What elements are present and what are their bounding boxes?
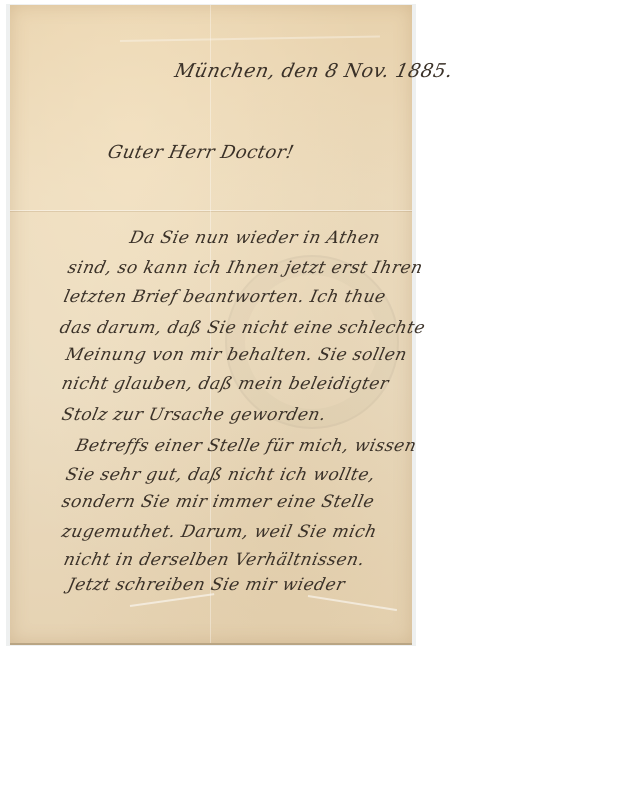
letter-line: Sie sehr gut, daß nicht ich wollte, [64, 465, 377, 485]
letter-line: letzten Brief beantworten. Ich thue [62, 287, 388, 307]
letter-line: Jetzt schreiben Sie mir wieder [66, 575, 347, 595]
letter-line: Meinung von mir behalten. Sie sollen [64, 345, 409, 365]
letter-line: sind, so kann ich Ihnen jetzt erst Ihren [66, 258, 425, 278]
letter-salutation: Guter Herr Doctor! [106, 142, 296, 163]
letter-line: zugemuthet. Darum, weil Sie mich [60, 522, 379, 542]
letter-line: Stolz zur Ursache geworden. [60, 405, 328, 425]
fold-line [10, 210, 412, 211]
paper-crease [308, 595, 397, 611]
letter-line: Da Sie nun wieder in Athen [128, 228, 382, 248]
letter-line: nicht in derselben Verhältnissen. [62, 550, 367, 570]
letter-line: sondern Sie mir immer eine Stelle [60, 492, 376, 512]
paper-crease [130, 593, 214, 607]
embossed-seal [225, 255, 399, 429]
letter-line: Betreffs einer Stelle für mich, wissen [74, 436, 419, 456]
letter-dateline: München, den 8 Nov. 1885. [173, 60, 455, 82]
paper-crease [120, 35, 380, 42]
letter-line: nicht glauben, daß mein beleidigter [60, 374, 391, 394]
letter-line: das darum, daß Sie nicht eine schlechte [58, 318, 427, 338]
